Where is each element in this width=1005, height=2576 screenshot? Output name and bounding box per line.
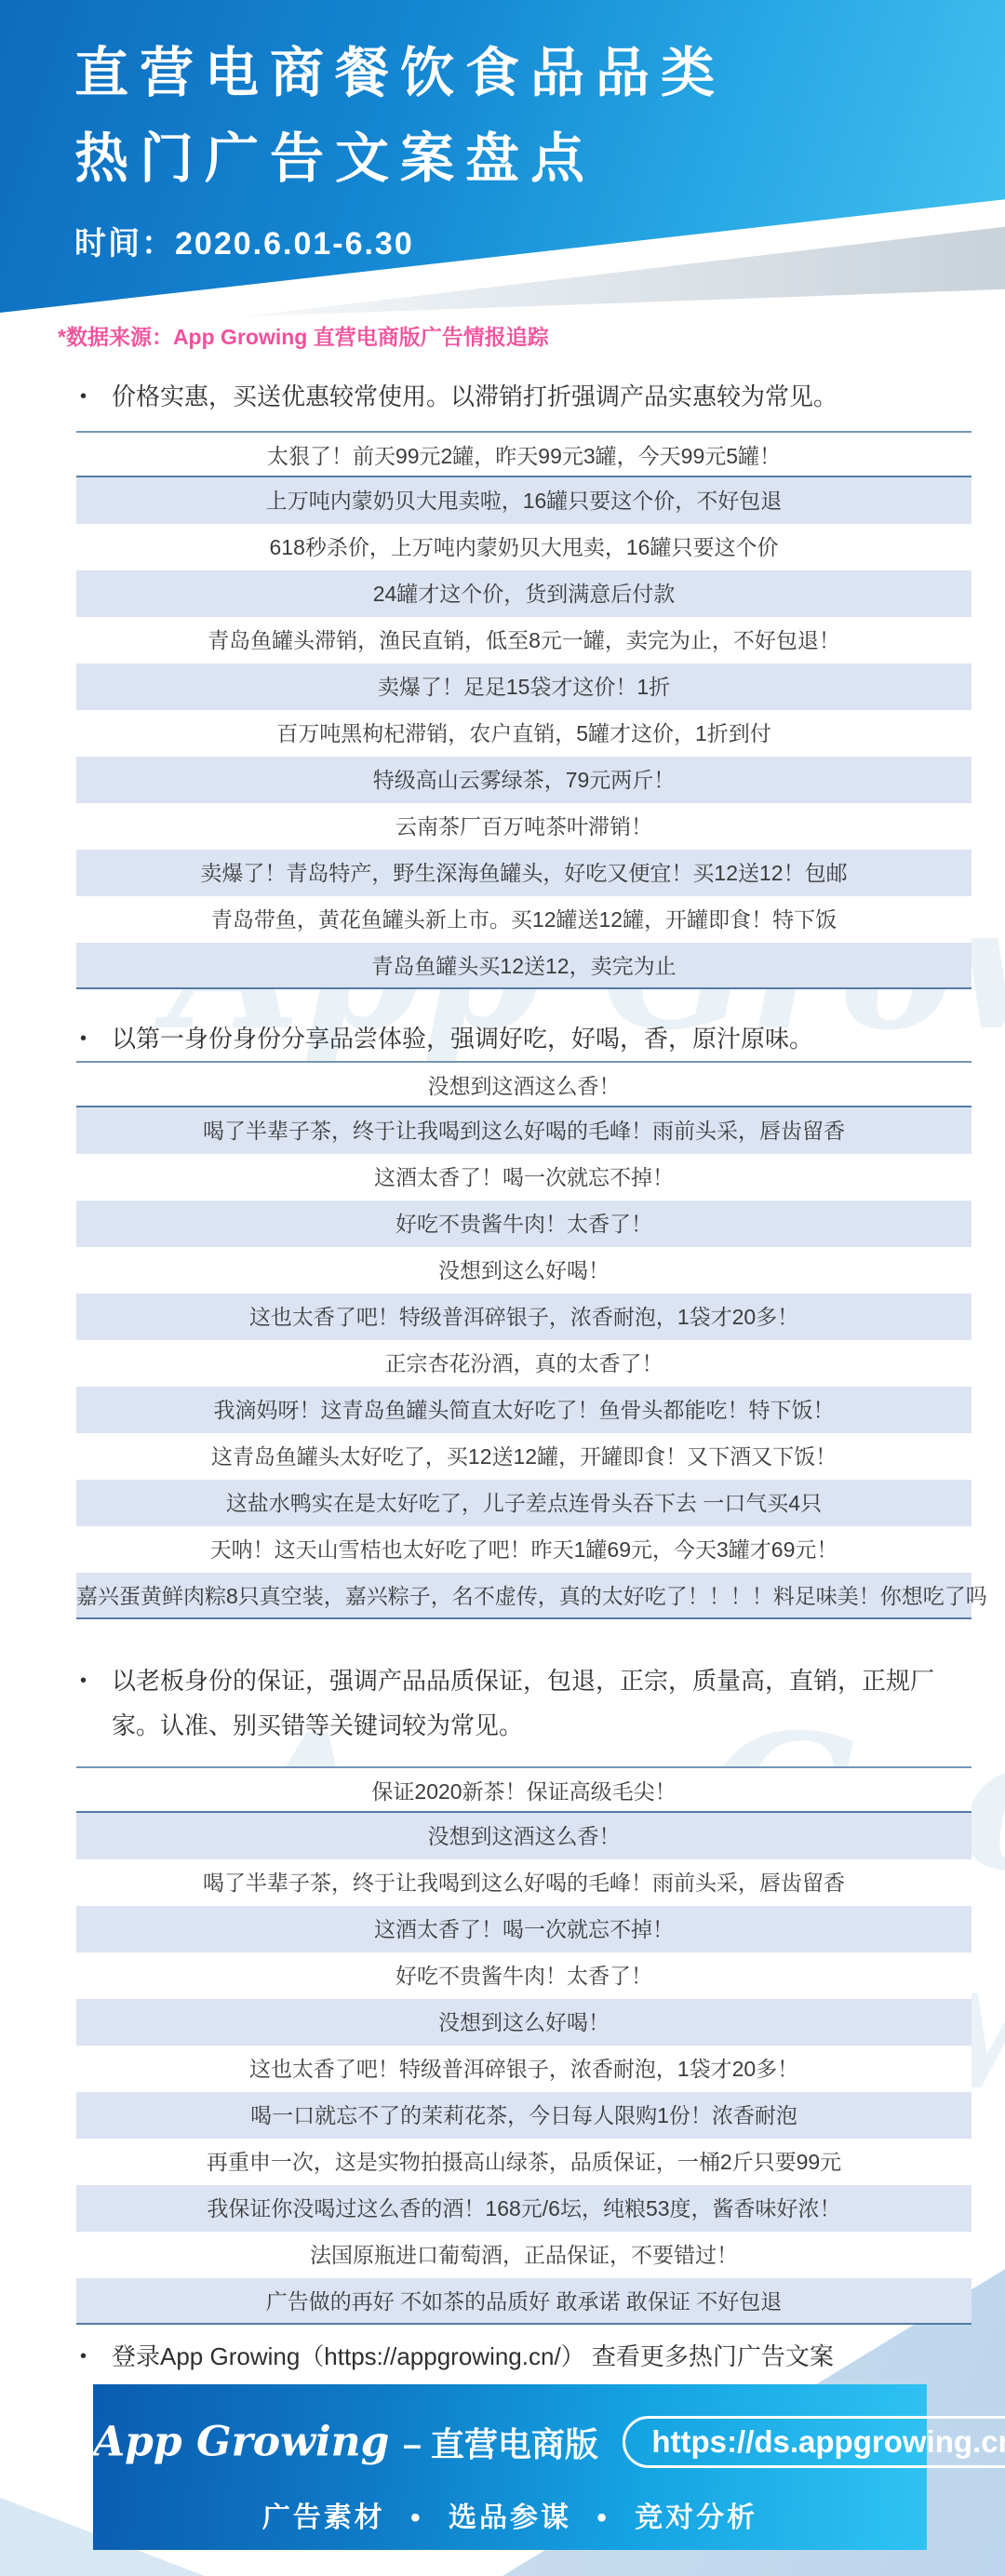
table-row: 上万吨内蒙奶贝大甩卖啦，16罐只要这个价，不好包退 [76,477,971,524]
table-row: 这也太香了吧！特级普洱碎银子，浓香耐泡，1袋才20多！ [76,1294,971,1340]
date-range: 时间：2020.6.01-6.30 [74,218,414,263]
data-source-note: *数据来源：App Growing 直营电商版广告情报追踪 [58,320,549,351]
table-row: 这酒太香了！喝一次就忘不掉！ [76,1154,971,1201]
table-row: 这也太香了吧！特级普洱碎银子，浓香耐泡，1袋才20多！ [76,2046,971,2092]
table-row: 好吃不贵酱牛肉！太香了！ [76,1952,971,1999]
table-row: 广告做的再好 不如茶的品质好 敢承诺 敢保证 不好包退 [76,2278,971,2325]
bullet-icon: • [80,2334,112,2379]
table-row: 再重申一次，这是实物拍摄高山绿茶，品质保证，一桶2斤只要99元 [76,2139,971,2185]
section2-heading: •以第一身份身份分享品尝体验，强调好吃，好喝，香，原汁原味。 [80,1016,964,1061]
page-title-line2: 热门广告文案盘点 [74,132,596,186]
banner-edition-label: – 直营电商版 [403,2425,598,2463]
bullet-icon: • [80,1016,112,1061]
section3-table: 保证2020新茶！保证高级毛尖！ 没想到这酒这么香！ 喝了半辈子茶，终于让我喝到… [76,1766,971,2325]
table-row: 太狠了！前天99元2罐，昨天99元3罐，今天99元5罐！ [76,431,971,477]
table-row: 正宗杏花汾酒，真的太香了！ [76,1340,971,1387]
banner-tagline: 广告素材 • 选品参谋 • 竞对分析 [93,2494,927,2535]
table-row: 没想到这酒这么香！ [76,1061,971,1107]
table-row: 这盐水鸭实在是太好吃了，儿子差点连骨头吞下去 一口气买4只 [76,1480,971,1526]
table-row: 这青岛鱼罐头太好吃了，买12送12罐，开罐即食！又下酒又下饭！ [76,1433,971,1480]
table-row: 喝了半辈子茶，终于让我喝到这么好喝的毛峰！雨前头采，唇齿留香 [76,1107,971,1154]
section1-heading-text: 价格实惠，买送优惠较常使用。以滞销打折强调产品实惠较为常见。 [112,374,949,419]
table-row: 618秒杀价，上万吨内蒙奶贝大甩卖，16罐只要这个价 [76,524,971,570]
table-row: 卖爆了！足足15袋才这价！1折 [76,664,971,710]
section2-table: 没想到这酒这么香！ 喝了半辈子茶，终于让我喝到这么好喝的毛峰！雨前头采，唇齿留香… [76,1061,971,1619]
table-row: 好吃不贵酱牛肉！太香了！ [76,1201,971,1247]
footer-login-text[interactable]: 登录App Growing（https://appgrowing.cn/） 查看… [112,2334,949,2379]
page-title-line1: 直营电商餐饮食品品类 [74,47,726,101]
table-row: 保证2020新茶！保证高级毛尖！ [76,1766,971,1813]
table-row: 没想到这么好喝！ [76,1247,971,1294]
app-growing-banner: App Growing – 直营电商版 https://ds.appgrowin… [93,2384,927,2550]
table-row: 我滴妈呀！这青岛鱼罐头简直太好吃了！鱼骨头都能吃！特下饭！ [76,1387,971,1433]
section3-heading: •以老板身份的保证，强调产品品质保证，包退，正宗，质量高，直销，正规厂家。认准、… [80,1658,964,1748]
section1-table: 太狠了！前天99元2罐，昨天99元3罐，今天99元5罐！ 上万吨内蒙奶贝大甩卖啦… [76,431,971,989]
table-row: 没想到这么好喝！ [76,1999,971,2046]
table-row: 24罐才这个价，货到满意后付款 [76,570,971,617]
table-row: 青岛鱼罐头买12送12，卖完为止 [76,943,971,989]
section1-heading: •价格实惠，买送优惠较常使用。以滞销打折强调产品实惠较为常见。 [80,374,964,419]
poster-page: App Growing App Growing App Growing 直营电商… [0,0,1005,2576]
table-row: 喝了半辈子茶，终于让我喝到这么好喝的毛峰！雨前头采，唇齿留香 [76,1859,971,1906]
table-row: 嘉兴蛋黄鲜肉粽8只真空装，嘉兴粽子，名不虚传，真的太好吃了！！！！料足味美！你想… [76,1573,971,1619]
table-row: 云南茶厂百万吨茶叶滞销！ [76,803,971,850]
table-row: 青岛鱼罐头滞销，渔民直销，低至8元一罐，卖完为止，不好包退！ [76,617,971,664]
table-row: 天呐！这天山雪桔也太好吃了吧！昨天1罐69元，今天3罐才69元！ [76,1526,971,1573]
banner-brand-row: App Growing – 直营电商版 https://ds.appgrowin… [93,2416,927,2468]
section2-heading-text: 以第一身份身份分享品尝体验，强调好吃，好喝，香，原汁原味。 [112,1016,949,1061]
bullet-icon: • [80,1658,112,1703]
app-growing-logo: App Growing [93,2419,389,2466]
banner-url-pill[interactable]: https://ds.appgrowing.cn/ [623,2416,1005,2468]
table-row: 百万吨黑枸杞滞销，农户直销，5罐才这价，1折到付 [76,710,971,757]
table-row: 这酒太香了！喝一次就忘不掉！ [76,1906,971,1952]
table-row: 法国原瓶进口葡萄酒，正品保证，不要错过！ [76,2232,971,2278]
table-row: 特级高山云雾绿茶，79元两斤！ [76,757,971,803]
table-row: 青岛带鱼，黄花鱼罐头新上市。买12罐送12罐，开罐即食！特下饭 [76,896,971,943]
bullet-icon: • [80,374,112,419]
section3-heading-text: 以老板身份的保证，强调产品品质保证，包退，正宗，质量高，直销，正规厂家。认准、别… [112,1658,949,1748]
table-row: 我保证你没喝过这么香的酒！168元/6坛，纯粮53度，酱香味好浓！ [76,2185,971,2232]
footer-login-line: •登录App Growing（https://appgrowing.cn/） 查… [80,2334,964,2379]
table-row: 没想到这酒这么香！ [76,1813,971,1859]
table-row: 卖爆了！青岛特产，野生深海鱼罐头，好吃又便宜！买12送12！包邮 [76,850,971,896]
table-row: 喝一口就忘不了的茉莉花茶，今日每人限购1份！浓香耐泡 [76,2092,971,2139]
